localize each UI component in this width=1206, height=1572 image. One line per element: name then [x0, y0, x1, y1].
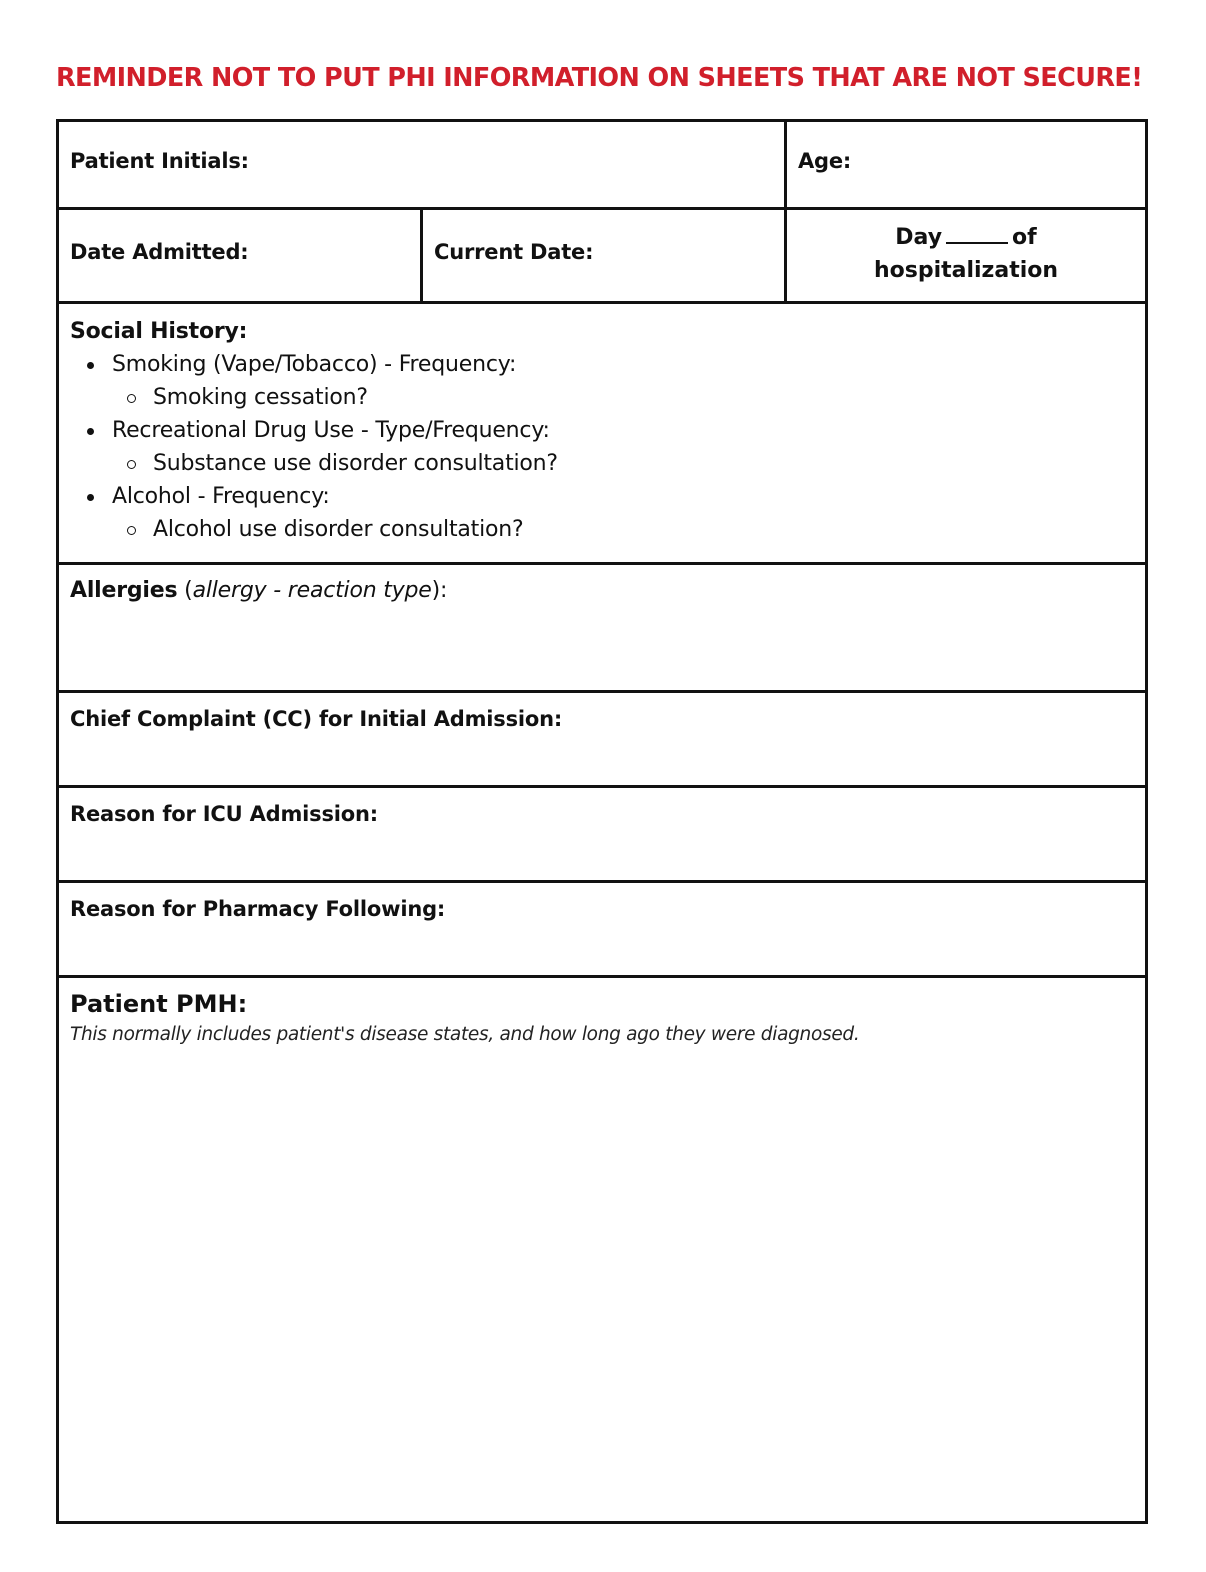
social-history-title: Social History:	[70, 315, 558, 348]
date-admitted-cell[interactable]: Date Admitted:	[59, 210, 420, 301]
hollow-bullet-icon	[127, 526, 136, 535]
pmh-note: This normally includes patient's disease…	[70, 1024, 859, 1045]
allergies-cell[interactable]: Allergies (allergy - reaction type):	[59, 565, 1145, 690]
pharmacy-reason-cell[interactable]: Reason for Pharmacy Following:	[59, 883, 1145, 975]
phi-reminder-banner: REMINDER NOT TO PUT PHI INFORMATION ON S…	[56, 58, 1156, 98]
list-subitem: Alcohol use disorder consultation?	[70, 513, 558, 546]
list-subitem: Smoking cessation?	[70, 381, 558, 414]
list-item: Smoking (Vape/Tobacco) - Frequency:	[70, 348, 558, 381]
hospital-day-label: Dayof hospitalization	[787, 221, 1145, 287]
pmh-title: Patient PMH:	[70, 990, 247, 1018]
icu-reason-cell[interactable]: Reason for ICU Admission:	[59, 788, 1145, 880]
hospital-day-cell: Dayof hospitalization	[787, 210, 1145, 301]
social-history-cell[interactable]: Social History: Smoking (Vape/Tobacco) -…	[59, 304, 1145, 562]
hollow-bullet-icon	[127, 460, 136, 469]
list-item: Recreational Drug Use - Type/Frequency:	[70, 414, 558, 447]
bullet-icon	[87, 494, 94, 501]
patient-work-up-sheet: Patient Initials: Age: Date Admitted: Cu…	[56, 119, 1148, 1524]
current-date-label: Current Date:	[434, 240, 593, 264]
allergies-label: Allergies (allergy - reaction type):	[70, 578, 447, 603]
hollow-bullet-icon	[127, 394, 136, 403]
chief-complaint-label: Chief Complaint (CC) for Initial Admissi…	[70, 707, 562, 731]
current-date-cell[interactable]: Current Date:	[423, 210, 784, 301]
age-cell[interactable]: Age:	[787, 122, 1145, 207]
patient-initials-label: Patient Initials:	[70, 149, 249, 173]
social-history-list: Social History: Smoking (Vape/Tobacco) -…	[70, 315, 558, 546]
icu-reason-label: Reason for ICU Admission:	[70, 802, 378, 826]
list-subitem: Substance use disorder consultation?	[70, 447, 558, 480]
bullet-icon	[87, 428, 94, 435]
list-item: Alcohol - Frequency:	[70, 480, 558, 513]
hospital-day-blank[interactable]	[946, 226, 1008, 244]
date-admitted-label: Date Admitted:	[70, 240, 249, 264]
pmh-cell[interactable]: Patient PMH: This normally includes pati…	[59, 978, 1145, 1521]
chief-complaint-cell[interactable]: Chief Complaint (CC) for Initial Admissi…	[59, 693, 1145, 785]
age-label: Age:	[798, 149, 851, 173]
patient-initials-cell[interactable]: Patient Initials:	[59, 122, 784, 207]
bullet-icon	[87, 362, 94, 369]
pharmacy-reason-label: Reason for Pharmacy Following:	[70, 897, 445, 921]
